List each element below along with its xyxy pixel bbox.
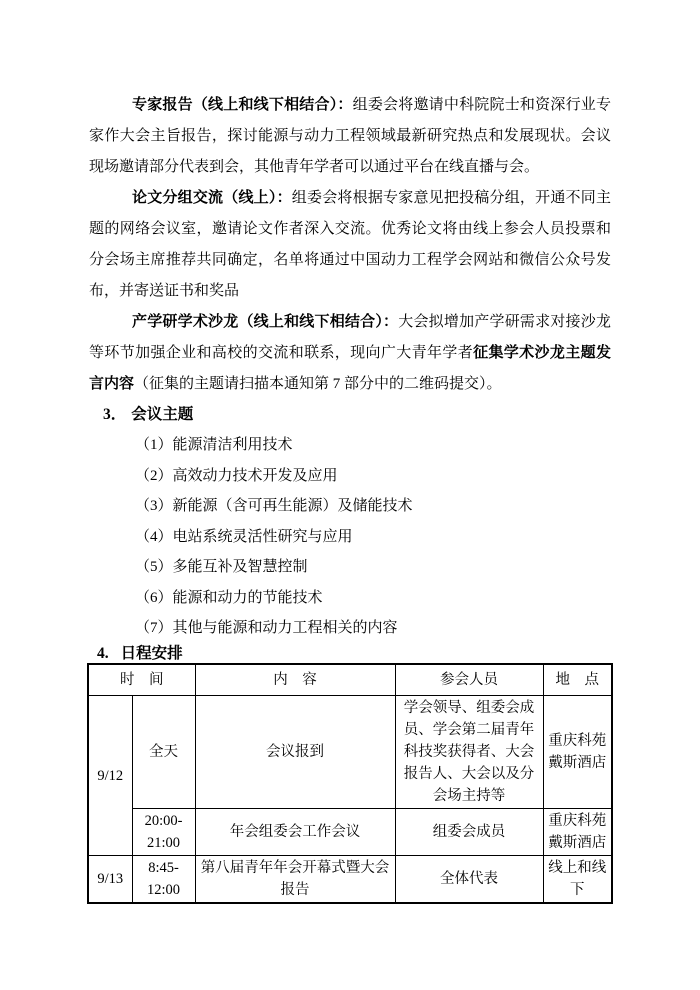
schedule-cell-location-opening: 线上和线下 [543,856,612,904]
schedule-cell-location-committee: 重庆科苑戴斯酒店 [543,809,612,856]
schedule-header-row: 时 间 内 容 参会人员 地 点 [88,664,612,696]
schedule-header-participants: 参会人员 [395,664,543,696]
schedule-cell-date-912: 9/12 [88,696,132,856]
schedule-row-912-allday: 9/12 全天 会议报到 学会领导、组委会成员、学会第二届青年科技奖获得者、大会… [88,696,612,809]
paragraph-paper-groups-body: 组委会将根据专家意见把投稿分组，开通不同主题的网络会议室，邀请论文作者深入交流。… [89,190,611,299]
schedule-cell-participants-checkin: 学会领导、组委会成员、学会第二届青年科技奖获得者、大会报告人、大会以及分会场主持… [395,696,543,809]
schedule-cell-time-evening: 20:00- 21:00 [132,809,195,856]
schedule-cell-time-morning: 8:45- 12:00 [132,856,195,904]
section-heading-topics-marker: 3． [103,406,126,423]
topic-item-4: （4）电站系统灵活性研究与应用 [135,522,611,553]
schedule-cell-location-checkin: 重庆科苑戴斯酒店 [543,696,612,809]
schedule-row-913-morning: 9/13 8:45- 12:00 第八届青年年会开幕式暨大会报告 全体代表 线上… [88,856,612,904]
topic-item-2: （2）高效动力技术开发及应用 [135,461,611,492]
schedule-cell-participants-opening: 全体代表 [395,856,543,904]
schedule-cell-content-committee-meeting: 年会组委会工作会议 [195,809,395,856]
section-heading-topics-title: 会议主题 [131,406,193,423]
paragraph-paper-groups: 论文分组交流（线上）：组委会将根据专家意见把投稿分组，开通不同主题的网络会议室，… [89,183,611,307]
document-body: 专家报告（线上和线下相结合）：组委会将邀请中科院院士和资深行业专家作大会主旨报告… [89,90,611,663]
schedule-cell-time-allday: 全天 [132,696,195,809]
schedule-cell-content-opening: 第八届青年年会开幕式暨大会报告 [195,856,395,904]
schedule-table: 时 间 内 容 参会人员 地 点 9/12 全天 会议报到 学会领导、组委会成员… [87,663,613,904]
document-page: 专家报告（线上和线下相结合）：组委会将邀请中科院院士和资深行业专家作大会主旨报告… [0,0,700,990]
schedule-header-location: 地 点 [543,664,612,696]
paragraph-salon-lead: 产学研学术沙龙（线上和线下相结合）： [132,314,398,330]
schedule-cell-participants-committee: 组委会成员 [395,809,543,856]
topic-item-6: （6）能源和动力的节能技术 [135,583,611,614]
schedule-cell-date-913: 9/13 [88,856,132,904]
paragraph-expert-report: 专家报告（线上和线下相结合）：组委会将邀请中科院院士和资深行业专家作大会主旨报告… [89,90,611,183]
paragraph-salon: 产学研学术沙龙（线上和线下相结合）：大会拟增加产学研需求对接沙龙等环节加强企业和… [89,307,611,400]
topic-item-1: （1）能源清洁利用技术 [135,430,611,461]
paragraph-paper-groups-lead: 论文分组交流（线上）： [132,190,292,206]
schedule-header-content: 内 容 [195,664,395,696]
paragraph-expert-report-lead: 专家报告（线上和线下相结合）： [132,97,353,113]
topic-list: （1）能源清洁利用技术 （2）高效动力技术开发及应用 （3）新能源（含可再生能源… [89,430,611,644]
topic-item-7: （7）其他与能源和动力工程相关的内容 [135,613,611,644]
section-heading-schedule: 4.日程安排 [89,644,611,663]
topic-item-5: （5）多能互补及智慧控制 [135,552,611,583]
schedule-header-time: 时 间 [88,664,195,696]
section-heading-schedule-marker: 4. [97,645,109,662]
section-heading-schedule-title: 日程安排 [121,645,183,662]
section-heading-topics: 3．会议主题 [89,400,611,430]
schedule-cell-content-checkin: 会议报到 [195,696,395,809]
schedule-row-912-evening: 20:00- 21:00 年会组委会工作会议 组委会成员 重庆科苑戴斯酒店 [88,809,612,856]
topic-item-3: （3）新能源（含可再生能源）及储能技术 [135,491,611,522]
paragraph-salon-body2: （征集的主题请扫描本通知第 7 部分中的二维码提交）。 [134,376,502,392]
